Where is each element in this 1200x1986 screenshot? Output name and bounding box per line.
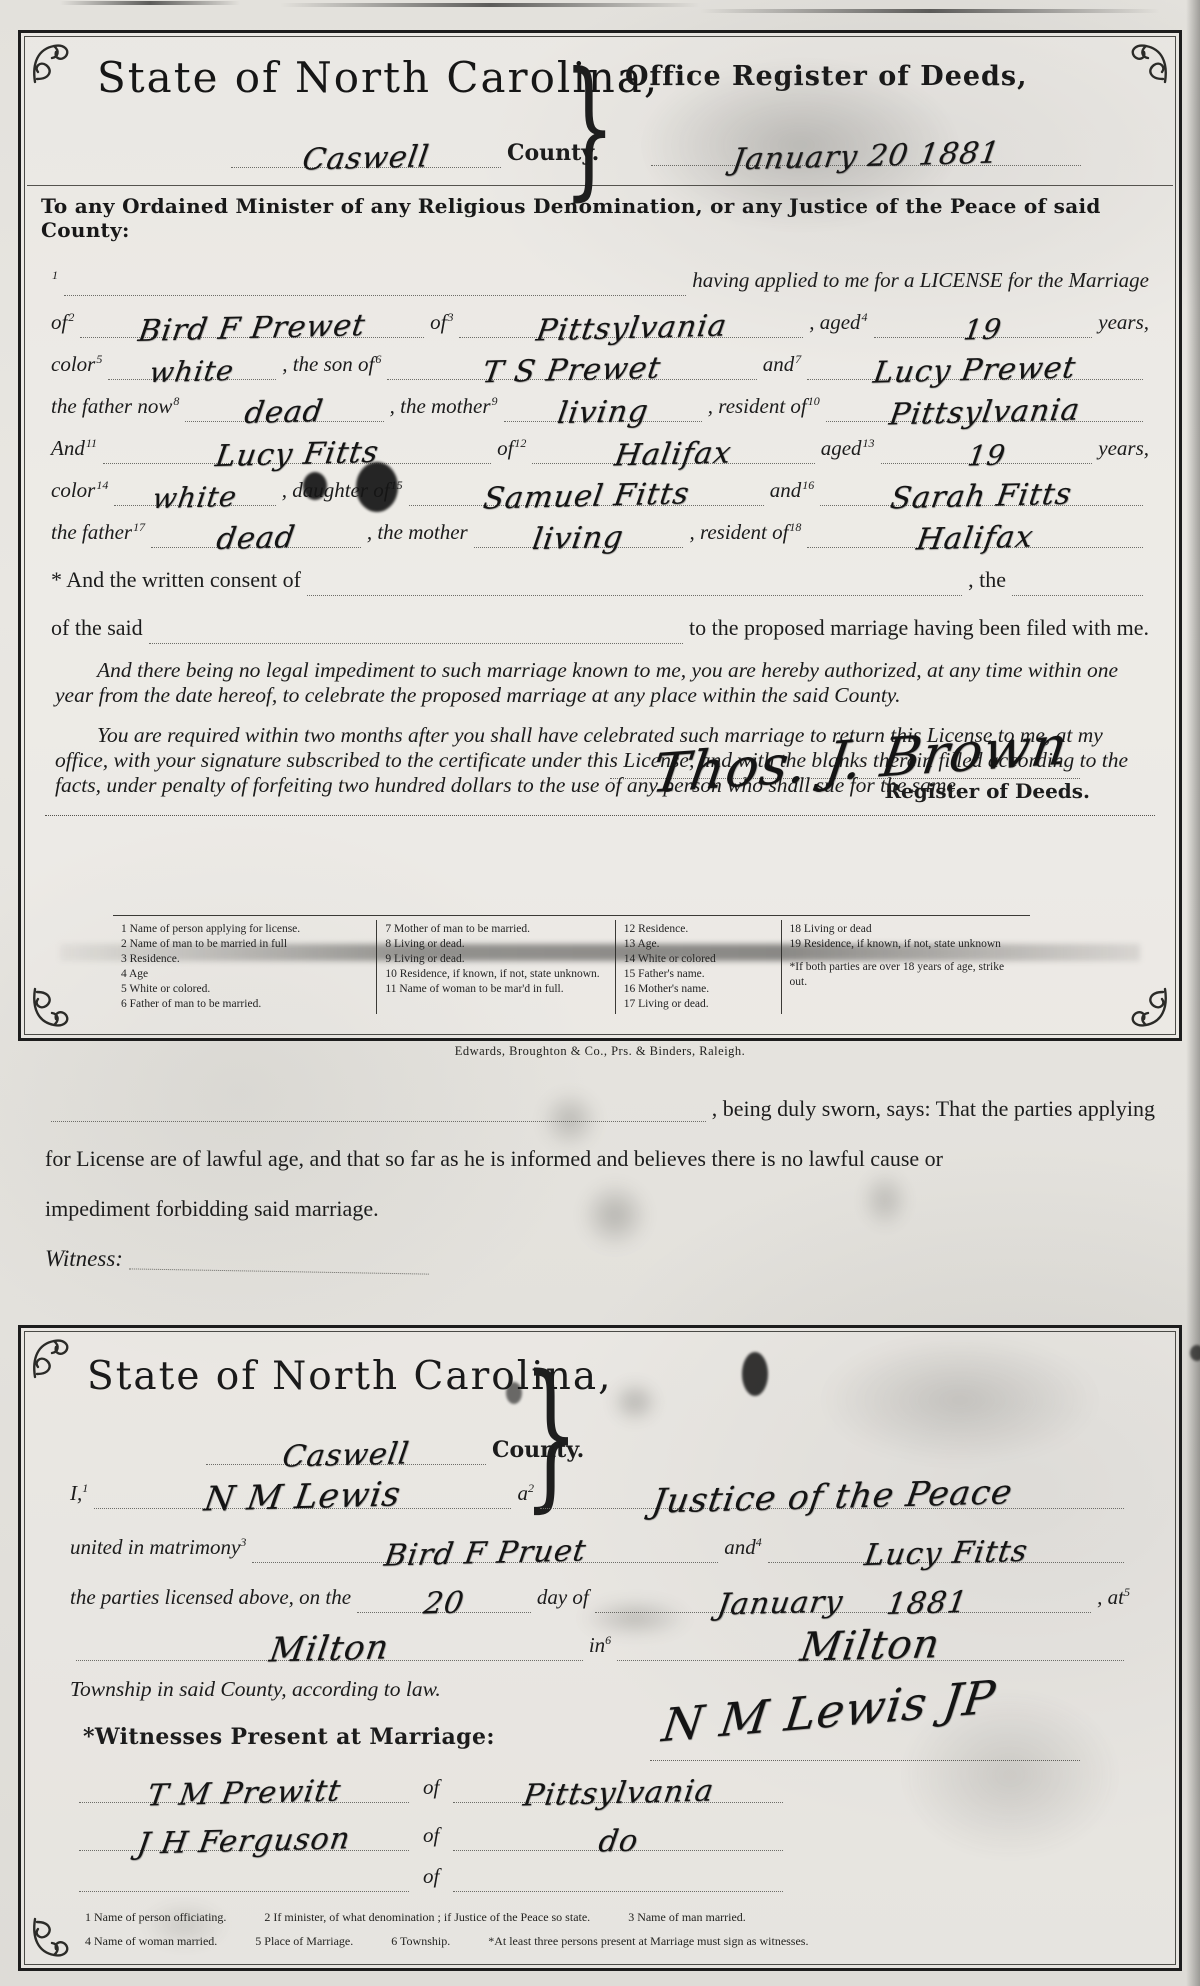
- scan-streak: [700, 9, 1160, 13]
- witness1-name-blank: T M Prewitt: [79, 1768, 409, 1803]
- father-status-handwriting: dead: [243, 394, 327, 431]
- affidavit-line-2: for License are of lawful age, and that …: [45, 1146, 1155, 1172]
- marriage-township-blank: Milton: [617, 1626, 1124, 1661]
- township-clause: Township in said County, according to la…: [70, 1677, 441, 1702]
- officiant-signature-line: [650, 1760, 1080, 1761]
- bride-father-status-handwriting: dead: [214, 520, 298, 557]
- married-man-handwriting: Bird F Pruet: [382, 1533, 589, 1573]
- certificate-inner-border: State of North Carolina, } Caswell Count…: [24, 1331, 1176, 1965]
- date-handwriting: January 20 1881: [730, 136, 1003, 178]
- bride-name-handwriting: Lucy Fitts: [213, 435, 381, 474]
- consent-blank: [307, 563, 962, 596]
- county-handwriting: Caswell: [300, 139, 432, 177]
- bride-father-blank: Samuel Fitts: [409, 473, 764, 506]
- groom-mother-handwriting: Lucy Prewet: [871, 350, 1078, 390]
- groom-father-handwriting: T S Prewet: [480, 351, 663, 391]
- groom-residence-handwriting: Pittsylvania: [534, 309, 730, 349]
- footnote-column-4: 18 Living or dead 19 Residence, if known…: [781, 920, 1031, 1014]
- bride-father-status-blank: dead: [151, 515, 361, 548]
- groom-color-blank: white: [108, 347, 276, 380]
- footnote-ref: 5: [1124, 1585, 1130, 1599]
- footnote-ref: 3: [446, 310, 453, 324]
- marriage-date-line: the parties licensed above, on the 20 da…: [70, 1578, 1130, 1613]
- footnote-ref: 4: [861, 310, 868, 324]
- witness2-place-blank: do: [453, 1816, 783, 1851]
- footnote-ref: 17: [132, 520, 145, 534]
- footnote-ref: 2: [67, 310, 74, 324]
- office-register-title: Office Register of Deeds,: [625, 61, 1028, 92]
- marriage-license-form: State of North Carolina, } Office Regist…: [18, 30, 1182, 1041]
- marriage-day-handwriting: 20: [421, 1585, 467, 1621]
- certificate-county-label: County.: [492, 1437, 584, 1465]
- witness-row-2: J H Ferguson of do: [73, 1816, 789, 1851]
- county-line: Caswell County.: [225, 133, 599, 168]
- footnote-ref: 8: [172, 394, 179, 408]
- license-inner-border: State of North Carolina, } Office Regist…: [24, 36, 1176, 1035]
- marriage-month-year-blank: January 1881: [595, 1578, 1091, 1613]
- witness2-place-handwriting: do: [596, 1823, 641, 1859]
- married-woman-handwriting: Lucy Fitts: [862, 1534, 1030, 1573]
- mother-status-handwriting: living: [555, 394, 651, 431]
- groom-name-handwriting: Bird F Prewet: [136, 308, 368, 349]
- footnote-ref: 6: [605, 1633, 611, 1647]
- father-status-blank: dead: [185, 389, 383, 422]
- register-of-deeds-label: Register of Deeds.: [884, 779, 1090, 803]
- consent-blank-2: [1012, 563, 1143, 596]
- bride-color-handwriting: white: [150, 480, 239, 515]
- marriage-place-line: Milton in6 Milton: [70, 1626, 1130, 1661]
- witness3-place-blank: [453, 1869, 783, 1892]
- marriage-township-handwriting: Milton: [798, 1621, 944, 1671]
- footnote-column-3: 12 Residence. 13 Age. 14 White or colore…: [615, 920, 781, 1014]
- witness1-name-handwriting: T M Prewitt: [145, 1773, 344, 1813]
- witness2-name-blank: J H Ferguson: [79, 1816, 409, 1851]
- footnote-ref: 1: [51, 268, 58, 282]
- affidavit-section: , being duly sworn, says: That the parti…: [45, 1088, 1155, 1222]
- footnote-ref: 10: [807, 394, 820, 408]
- affiant-name-blank: [51, 1101, 706, 1122]
- marriage-day-blank: 20: [357, 1578, 531, 1613]
- footnote-column-1: 1 Name of person applying for license. 2…: [113, 920, 376, 1014]
- footnote-ref: 14: [95, 478, 108, 492]
- form-line-groom: of2 Bird F Prewet of3 Pittsylvania , age…: [51, 296, 1149, 338]
- footnote-ref: 3: [240, 1535, 246, 1549]
- certificate-county-line: Caswell County.: [200, 1428, 584, 1465]
- witness-blank: [129, 1246, 429, 1274]
- officiant-title-handwriting: Justice of the Peace: [649, 1472, 1015, 1521]
- groom-name-blank: Bird F Prewet: [80, 305, 424, 338]
- bride-parents-residence-blank: Halifax: [807, 515, 1143, 548]
- certificate-footnotes-row-1: 1 Name of person officiating. 2 If minis…: [85, 1910, 1145, 1925]
- bride-mother-status-blank: living: [474, 515, 684, 548]
- brace-glyph: }: [563, 41, 615, 215]
- date-blank: January 20 1881: [651, 129, 1081, 166]
- footnote-ref: 11: [85, 436, 97, 450]
- form-line-applicant: 1 having applied to me for a LICENSE for…: [51, 248, 1149, 296]
- witness1-place-handwriting: Pittsylvania: [521, 1774, 717, 1814]
- parents-residence-blank: Pittsylvania: [826, 389, 1143, 422]
- county-label: County.: [507, 140, 599, 168]
- said-blank: [149, 611, 683, 644]
- bride-mother-handwriting: Sarah Fitts: [888, 477, 1074, 517]
- officiant-title-blank: Justice of the Peace: [540, 1474, 1124, 1509]
- corner-flourish-icon: [29, 984, 75, 1030]
- witness2-name-handwriting: J H Ferguson: [135, 1821, 353, 1862]
- bride-color-blank: white: [114, 473, 275, 506]
- groom-mother-blank: Lucy Prewet: [807, 347, 1143, 380]
- witness-row-3: of: [73, 1864, 789, 1892]
- date-line: January 20 1881: [645, 129, 1087, 166]
- marriage-year-handwriting: 1881: [884, 1585, 970, 1622]
- footnote-ref: 1: [82, 1481, 88, 1495]
- officiant-line: I,1 N M Lewis a2 Justice of the Peace: [70, 1474, 1130, 1509]
- marriage-month-handwriting: January: [716, 1584, 847, 1622]
- footnote-ref: 5: [95, 352, 102, 366]
- footnote-ref: 18: [788, 520, 801, 534]
- corner-flourish-icon: [29, 1914, 75, 1960]
- bride-mother-status-handwriting: living: [531, 520, 627, 557]
- footnote-ref: 6: [374, 352, 381, 366]
- register-signature-block: Thos. J. Brown Register of Deeds.: [25, 685, 1175, 805]
- affidavit-line-3: impediment forbidding said marriage.: [45, 1196, 1155, 1222]
- groom-age-handwriting: 19: [962, 313, 1005, 347]
- officiant-signature-handwriting: N M Lewis JP: [659, 1670, 999, 1752]
- printer-imprint: Edwards, Broughton & Co., Prs. & Binders…: [0, 1044, 1200, 1059]
- dotted-separator: [45, 815, 1155, 816]
- groom-age-blank: 19: [874, 305, 1093, 338]
- married-couple-line: united in matrimony3 Bird F Pruet and4 L…: [70, 1528, 1130, 1563]
- corner-flourish-icon: [1125, 984, 1171, 1030]
- witnesses-heading: *Witnesses Present at Marriage:: [83, 1724, 495, 1750]
- groom-color-handwriting: white: [148, 354, 237, 389]
- scan-streak: [60, 1, 240, 5]
- parents-residence-handwriting: Pittsylvania: [887, 393, 1083, 433]
- bride-age-handwriting: 19: [965, 439, 1008, 473]
- bride-residence-blank: Halifax: [532, 431, 814, 464]
- married-woman-blank: Lucy Fitts: [768, 1528, 1124, 1563]
- bride-father-handwriting: Samuel Fitts: [481, 476, 692, 516]
- consent-line-2: of the said to the proposed marriage hav…: [51, 596, 1149, 644]
- footnote-ref: 4: [756, 1535, 762, 1549]
- bride-parents-residence-handwriting: Halifax: [914, 519, 1036, 557]
- groom-father-blank: T S Prewet: [387, 347, 756, 380]
- certificate-footnotes-row-2: 4 Name of woman married. 5 Place of Marr…: [85, 1934, 1145, 1949]
- applicant-blank: [64, 263, 686, 296]
- affidavit-line-1: , being duly sworn, says: That the parti…: [45, 1088, 1155, 1122]
- scan-edge-shadow: [1186, 0, 1200, 1986]
- married-man-blank: Bird F Pruet: [252, 1528, 718, 1563]
- marriage-place-handwriting: Milton: [267, 1627, 392, 1670]
- footnote-ref: 9: [491, 394, 498, 408]
- footnote-ref: 2: [528, 1481, 534, 1495]
- license-footnotes: 1 Name of person applying for license. 2…: [113, 915, 1030, 1014]
- witness-row-1: T M Prewitt of Pittsylvania: [73, 1768, 789, 1803]
- footnote-column-2: 7 Mother of man to be married. 8 Living …: [376, 920, 614, 1014]
- ink-blot: [1190, 1345, 1200, 1361]
- mother-status-blank: living: [504, 389, 702, 422]
- license-header: State of North Carolina, } Office Regist…: [25, 37, 1175, 185]
- footnote-ref: 7: [794, 352, 801, 366]
- footnote-ref: 12: [513, 436, 526, 450]
- witness-label: Witness:: [45, 1246, 123, 1272]
- bride-residence-handwriting: Halifax: [613, 435, 735, 473]
- footnote-ref: 13: [862, 436, 875, 450]
- witness1-place-blank: Pittsylvania: [453, 1768, 783, 1803]
- officiant-name-handwriting: N M Lewis: [202, 1474, 404, 1519]
- marriage-place-blank: Milton: [76, 1626, 583, 1661]
- footnote-ref: 16: [801, 478, 814, 492]
- marriage-certificate-form: State of North Carolina, } Caswell Count…: [18, 1325, 1182, 1971]
- certificate-county-blank: Caswell: [206, 1428, 486, 1465]
- bride-age-blank: 19: [881, 431, 1093, 464]
- witness-line: Witness:: [45, 1246, 435, 1272]
- footnote-ref: 15: [390, 478, 403, 492]
- county-blank: Caswell: [231, 133, 501, 168]
- corner-flourish-icon: [29, 1336, 75, 1382]
- certificate-county-handwriting: Caswell: [280, 1436, 412, 1474]
- groom-residence-blank: Pittsylvania: [459, 305, 803, 338]
- scan-streak: [280, 3, 700, 7]
- line1-text: having applied to me for a LICENSE for t…: [692, 268, 1149, 296]
- bride-name-blank: Lucy Fitts: [103, 431, 491, 464]
- witness3-name-blank: [79, 1869, 409, 1892]
- officiant-name-blank: N M Lewis: [94, 1474, 511, 1509]
- bride-mother-blank: Sarah Fitts: [820, 473, 1143, 506]
